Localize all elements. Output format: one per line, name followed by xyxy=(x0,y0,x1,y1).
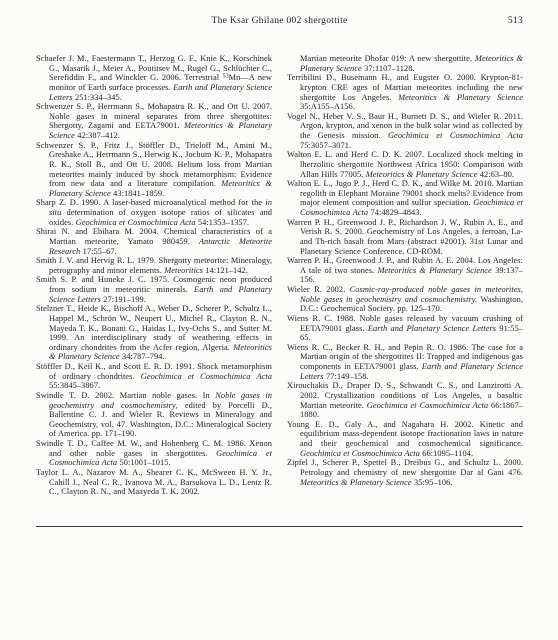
references-section: Schaefer J. M., Faestermann T., Herzog G… xyxy=(36,54,523,497)
reference-entry: Schaefer J. M., Faestermann T., Herzog G… xyxy=(36,54,272,102)
reference-entry: Sharp Z. D. 1990. A laser-based microana… xyxy=(36,198,272,227)
reference-entry: Warren P. H., Greenwood J. P., Richardso… xyxy=(287,218,523,257)
reference-entry: Warren P. H., Greenwood J. P., and Rubin… xyxy=(287,256,523,285)
paper-page: The Ksar Ghilane 002 shergottite 513 Sch… xyxy=(0,0,558,640)
page-number: 513 xyxy=(508,15,523,28)
reference-entry: Walton E. L. and Herd C. D. K. 2007. Loc… xyxy=(287,150,523,179)
reference-entry: Taylor L. A., Nazarov M. A., Shearer C. … xyxy=(36,468,272,497)
running-head: The Ksar Ghilane 002 shergottite 513 xyxy=(36,15,523,28)
reference-entry: Stelzner T., Heide K., Bischoff A., Webe… xyxy=(36,304,272,362)
reference-entry-continuation: Martian meteorite Dhofar 019: A new sher… xyxy=(287,54,523,73)
references-column-left: Schaefer J. M., Faestermann T., Herzog G… xyxy=(36,54,272,497)
reference-entry: Terribilini D., Busemann H., and Eugster… xyxy=(287,73,523,112)
reference-entry: Schwenzer S. P., Herrmann S., Mohapatra … xyxy=(36,102,272,141)
reference-entry: Swindle T. D. 2002. Martian noble gases.… xyxy=(36,391,272,439)
section-divider-rule xyxy=(36,526,523,527)
reference-entry: Wiens R. C. 1988. Noble gases released b… xyxy=(287,314,523,343)
reference-entry: Zipfel J., Scherer P., Spettel B., Dreib… xyxy=(287,458,523,487)
reference-entry: Young E. D., Galy A., and Nagahara H. 20… xyxy=(287,420,523,459)
reference-entry: Smith S. P. and Huneke J. C. 1975. Cosmo… xyxy=(36,275,272,304)
references-column-right: Martian meteorite Dhofar 019: A new sher… xyxy=(287,54,523,497)
reference-entry: Schwenzer S. P., Fritz J., Stöffler D., … xyxy=(36,141,272,199)
reference-entry: Shirai N. and Ebihara M. 2004. Chemical … xyxy=(36,227,272,256)
running-head-title: The Ksar Ghilane 002 shergottite xyxy=(36,15,523,28)
reference-entry: Smith J. V. and Hervig R. L. 1979. Sherg… xyxy=(36,256,272,275)
reference-entry: Wieler R. 2002. Cosmic-ray-produced nobl… xyxy=(287,285,523,314)
reference-entry: Walton E. L., Jugo P. J., Herd C. D. K.,… xyxy=(287,179,523,218)
reference-entry: Swindle T. D., Caffee M. W., and Hohenbe… xyxy=(36,439,272,468)
reference-entry: Xirouchakis D., Draper D. S., Schwandt C… xyxy=(287,381,523,420)
reference-entry: Vogel N., Heber V. S., Baur H., Burnett … xyxy=(287,112,523,151)
reference-entry: Wiens R. C., Becker R. H., and Pepin R. … xyxy=(287,343,523,382)
reference-entry: Stöffler D., Keil K., and Scott E. R. D.… xyxy=(36,362,272,391)
